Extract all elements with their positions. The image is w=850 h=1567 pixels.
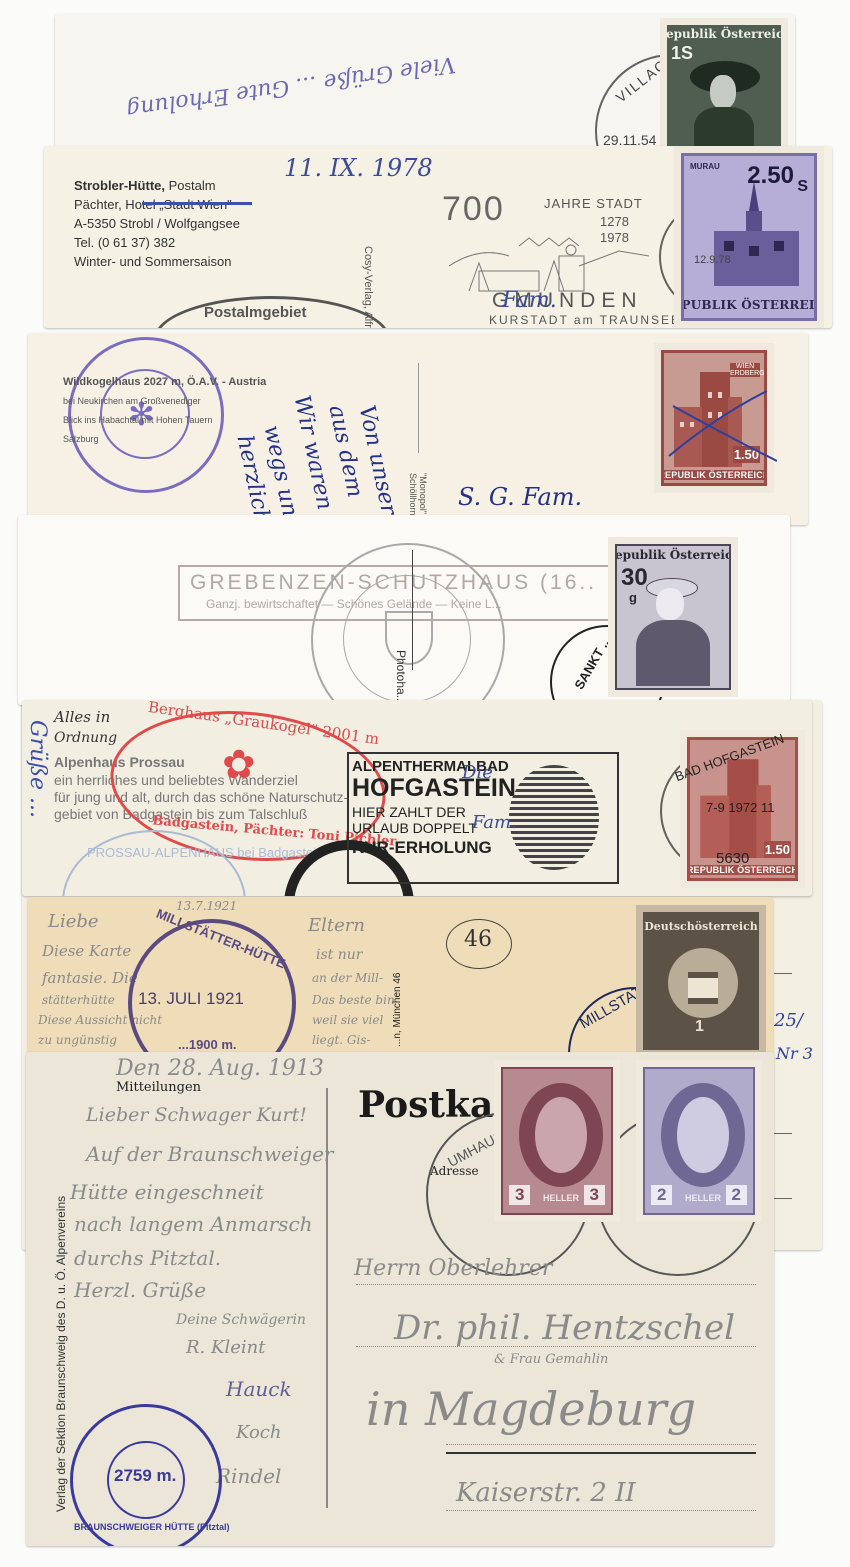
wildkogel-line-3: Blick ins Habachtal mit Hohen Tauern xyxy=(63,411,266,430)
postcard-strobler: Strobler-Hütte, Postalm Pächter, Hotel „… xyxy=(44,146,832,328)
address-line-5: Kaiserstr. 2 II xyxy=(456,1478,636,1508)
message-line-11: Rindel xyxy=(216,1464,281,1488)
address-line-2: Dr. phil. Hentzschel xyxy=(394,1308,735,1348)
signature-sg-fam: S. G. Fam. xyxy=(458,483,582,511)
stamp-wien-erdberg-1-50: WIEN ERDBERG 1.50 REPUBLIK ÖSTERREICH xyxy=(654,343,774,493)
slogan-line-5: KUR-ERHOLUNG xyxy=(352,838,492,858)
strikethrough xyxy=(142,202,252,205)
handwriting-liebe: Liebe xyxy=(48,911,99,932)
signature-fam: Fam. xyxy=(502,288,557,313)
strobler-line-1: Strobler-Hütte, Postalm xyxy=(74,176,240,195)
edelweiss-red-icon: ✿ xyxy=(222,742,256,788)
message-line-5: durchs Pitztal. xyxy=(74,1246,221,1270)
address-line-1: Herrn Oberlehrer xyxy=(354,1256,552,1281)
postcard-braunschweiger: Den 28. Aug. 1913 Mitteilungen Verlag de… xyxy=(26,1052,774,1546)
pen-cross-cancel xyxy=(667,386,777,466)
message-line-9: Hauck xyxy=(226,1377,292,1401)
slogan-line-4: URLAUB DOPPELT xyxy=(352,820,477,836)
handwriting-alles: Alles in xyxy=(54,708,110,726)
divider xyxy=(412,550,413,670)
slogan-jahre-stadt: JAHRE STADT xyxy=(544,196,643,211)
handwriting-eltern: Eltern xyxy=(308,915,365,936)
stamp-30g-austria: Republik Österreich 30 g xyxy=(608,537,738,697)
strobler-line-4: Tel. (0 61 37) 382 xyxy=(74,233,240,252)
address-line-3: & Frau Gemahlin xyxy=(494,1352,608,1367)
margin-note-25: 25/ xyxy=(774,1010,803,1031)
handwriting-side: Grüße ... xyxy=(25,720,50,818)
postcard-prossau: Grüße ... Alles in Ordnung Alpenhaus Pro… xyxy=(22,700,812,896)
wildkogel-line-1: Wildkogelhaus 2027 m, Ö.A.V. - Austria xyxy=(63,373,266,392)
church-town-icon xyxy=(694,176,814,296)
cachet-braunschweiger-ring: BRAUNSCHWEIGER HÜTTE (Pitztal) xyxy=(74,1522,230,1532)
slogan-kurstadt: KURSTADT am TRAUNSEE xyxy=(489,313,681,327)
woman-with-hat-icon xyxy=(684,55,764,151)
margin-note-nr3: Nr 3 xyxy=(776,1044,813,1063)
message-line-7: Deine Schwägerin xyxy=(176,1312,306,1328)
circled-number-text: 46 xyxy=(464,927,492,952)
label-mitteilungen: Mitteilungen xyxy=(116,1080,201,1095)
publisher-photohaus: Photoha... xyxy=(394,650,408,705)
strobler-line-5: Winter- und Sommersaison xyxy=(74,252,240,271)
stamp-deutschosterreich-1-krone: Deutschösterreich 1 xyxy=(636,905,766,1057)
handwriting-line-10: weil sie viel xyxy=(312,1013,383,1027)
slogan-700: 700 xyxy=(442,190,505,229)
publisher-braunschweig: Verlag der Sektion Braunschweig des D. u… xyxy=(54,1196,68,1512)
message-line-4: nach langem Anmarsch xyxy=(74,1212,313,1236)
handwriting-line-7: stätterhütte xyxy=(42,993,115,1007)
stamp-murau-2-50: MURAU 2.50 S REPUBLIK ÖSTERREICH xyxy=(674,146,824,328)
pencil-date-1913: Den 28. Aug. 1913 xyxy=(116,1056,324,1081)
coat-of-arms-icon xyxy=(385,611,433,665)
handwriting-line-3: Diese Karte xyxy=(42,942,131,960)
message-line-1: Lieber Schwager Kurt! xyxy=(86,1104,307,1126)
handwriting-fam: Fam. xyxy=(472,812,517,833)
strobler-line-3: A-5350 Strobl / Wolfgangsee xyxy=(74,214,240,233)
cachet-braunschweiger-center: 2759 m. xyxy=(114,1466,176,1486)
wildkogel-line-2: bei Neukirchen am Großvenediger xyxy=(63,392,266,411)
pencil-date-1921: 13.7.1921 xyxy=(176,899,237,913)
divider xyxy=(418,363,419,453)
stamp-2-heller: 2 HELLER 2 xyxy=(636,1060,762,1222)
message-line-8: R. Kleint xyxy=(186,1337,265,1358)
postmark-bad-hofgastein-zip: 5630 xyxy=(716,850,749,867)
handwriting-line-12: liegt. Gis- xyxy=(312,1033,371,1047)
handwriting-line-5: fantasie. Die xyxy=(42,969,138,987)
woman-hiker-icon xyxy=(628,574,718,686)
postcard-wildkogel: ✻ Wildkogelhaus 2027 m, Ö.A.V. - Austria… xyxy=(28,333,808,525)
message-line-3: Hütte eingeschneit xyxy=(70,1180,264,1204)
cachet-millstatter-date: 13. JULI 1921 xyxy=(138,989,244,1009)
town-skyline-icon xyxy=(449,226,649,296)
postmark-bad-hofgastein-date: 7-9 1972 11 xyxy=(706,800,774,815)
message-line-10: Koch xyxy=(236,1422,281,1443)
publisher-vertical: Cosy-Verlag, Alfred Gr... xyxy=(362,246,374,328)
postmark-gmunden-date: 12.9.78 xyxy=(694,254,731,266)
slogan-line-3: HIER ZAHLT DER xyxy=(352,804,466,820)
postcard-millstatter: Liebe Eltern Diese Karte ist nur fantasi… xyxy=(28,897,773,1057)
stamp-3-heller: 3 HELLER 3 xyxy=(494,1060,620,1222)
cachet-millstatter-bottom: ...1900 m. xyxy=(178,1037,237,1052)
address-line-4: in Magdeburg xyxy=(366,1382,696,1436)
praying-figure-icon xyxy=(509,765,599,870)
handwriting-line-1: Von unserer xyxy=(354,403,407,525)
handwriting-villach: Viele Grüße ... Gute Erholung xyxy=(125,51,457,122)
stamp-villach-1s: Republik Österreich 1S xyxy=(660,18,788,158)
handwritten-date: 11. IX. 1978 xyxy=(284,154,433,182)
handwriting-die: Die xyxy=(462,762,493,783)
postcard-grebenzen: GREBENZEN-SCHUTZHAUS (16.. Ganzj. bewirt… xyxy=(18,515,790,705)
cachet-postalmgebiet-text: Postalmgebiet xyxy=(204,304,307,321)
handwriting-ordnung: Ordnung xyxy=(54,730,117,746)
publisher-schollhorn: Schöllhorn xyxy=(408,473,418,516)
message-line-2: Auf der Braunschweiger xyxy=(86,1142,333,1166)
message-line-6: Herzl. Grüße xyxy=(74,1278,206,1302)
handwriting-line-6: an der Mill- xyxy=(312,971,383,985)
cachet-prossau-blue-text: PROSSAU-ALPENHAUS bei Badgastein xyxy=(87,845,323,860)
publisher-munchen: ...n, München 46 xyxy=(392,973,403,1048)
handwriting-line-4: ist nur xyxy=(316,947,362,963)
handwriting-line-11: zu ungünstig xyxy=(38,1033,117,1047)
handwriting-line-8: Das beste bin xyxy=(312,993,395,1007)
